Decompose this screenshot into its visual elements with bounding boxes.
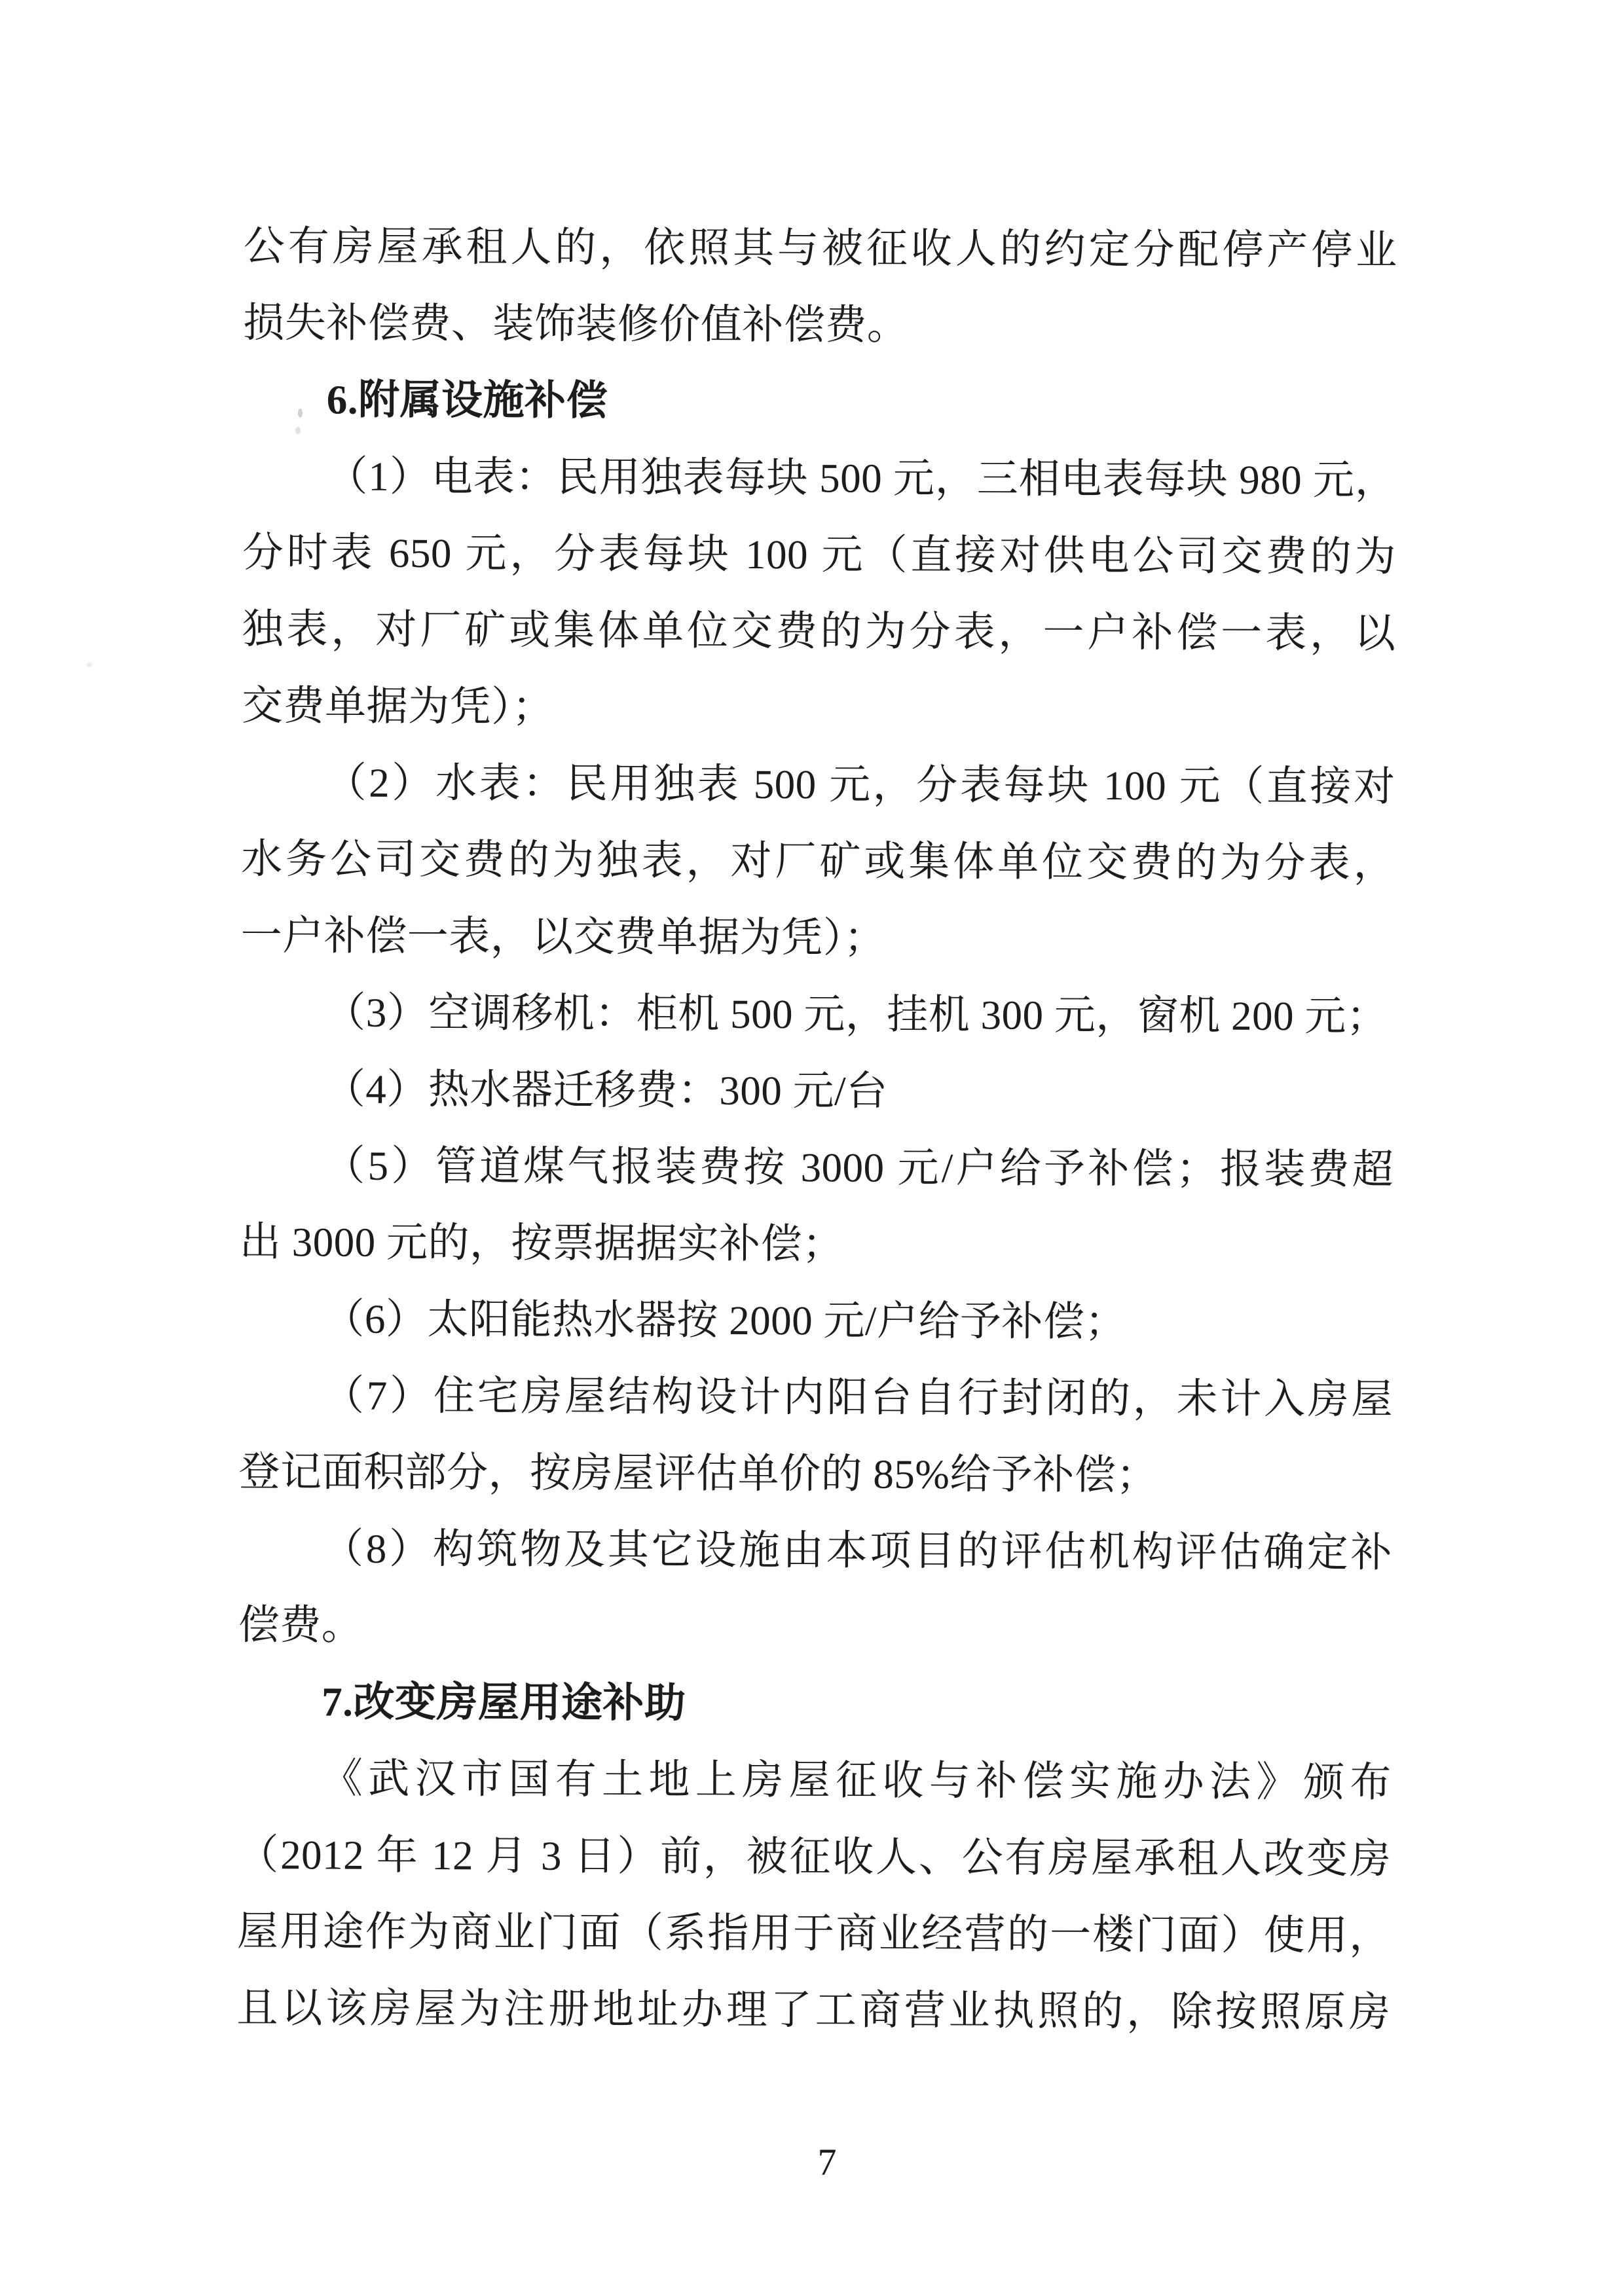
text-line: （6）太阳能热水器按 2000 元/户给予补偿； bbox=[239, 1281, 1393, 1362]
section-heading: 7.改变房屋用途补助 bbox=[238, 1664, 1392, 1745]
scan-artifact bbox=[86, 663, 92, 667]
document-page: 公有房屋承租人的，依照其与被征收人的约定分配停产停业损失补偿费、装饰装修价值补偿… bbox=[0, 0, 1624, 2296]
text-line: （4）热水器迁移费：300 元/台 bbox=[240, 1051, 1394, 1132]
text-line: 偿费。 bbox=[238, 1587, 1392, 1668]
text-line: 《武汉市国有土地上房屋征收与补偿实施办法》颁布 bbox=[238, 1740, 1392, 1821]
text-line: （1）电表：民用独表每块 500 元，三相电表每块 980 元， bbox=[242, 438, 1396, 519]
text-line: 公有房屋承租人的，依照其与被征收人的约定分配停产停业 bbox=[244, 208, 1397, 289]
text-line: 独表，对厂矿或集体单位交费的为分表，一户补偿一表，以 bbox=[242, 591, 1395, 672]
text-line: 且以该房屋为注册地址办理了工商营业执照的，除按照原房 bbox=[236, 1970, 1390, 2051]
text-line: 屋用途作为商业门面（系指用于商业经营的一楼门面）使用， bbox=[237, 1893, 1391, 1975]
page-number: 7 bbox=[0, 2140, 1624, 2185]
text-line: 登记面积部分，按房屋评估单价的 85%给予补偿； bbox=[238, 1434, 1392, 1515]
text-line: （2）水表：民用独表 500 元，分表每块 100 元（直接对 bbox=[241, 744, 1395, 826]
text-line: （8）构筑物及其它设施由本项目的评估机构评估确定补 bbox=[238, 1510, 1392, 1592]
text-line: （5）管道煤气报装费按 3000 元/户给予补偿；报装费超 bbox=[240, 1127, 1393, 1209]
text-line: 一户补偿一表，以交费单据为凭）； bbox=[241, 898, 1395, 979]
text-line: （3）空调移机：柜机 500 元，挂机 300 元，窗机 200 元； bbox=[240, 974, 1394, 1055]
text-line: 损失补偿费、装饰装修价值补偿费。 bbox=[243, 285, 1397, 366]
text-line: 交费单据为凭）； bbox=[242, 668, 1395, 749]
text-line: 出 3000 元的，按票据据实补偿； bbox=[240, 1204, 1393, 1285]
text-line: （2012 年 12 月 3 日）前，被征收人、公有房屋承租人改变房 bbox=[237, 1817, 1391, 1898]
text-line: 水务公司交费的为独表，对厂矿或集体单位交费的为分表， bbox=[241, 821, 1395, 902]
section-heading: 6.附属设施补偿 bbox=[243, 361, 1397, 443]
text-line: （7）住宅房屋结构设计内阳台自行封闭的，未计入房屋 bbox=[239, 1357, 1393, 1438]
text-block: 公有房屋承租人的，依照其与被征收人的约定分配停产停业损失补偿费、装饰装修价值补偿… bbox=[236, 208, 1397, 2051]
text-line: 分时表 650 元，分表每块 100 元（直接对供电公司交费的为 bbox=[242, 515, 1396, 596]
